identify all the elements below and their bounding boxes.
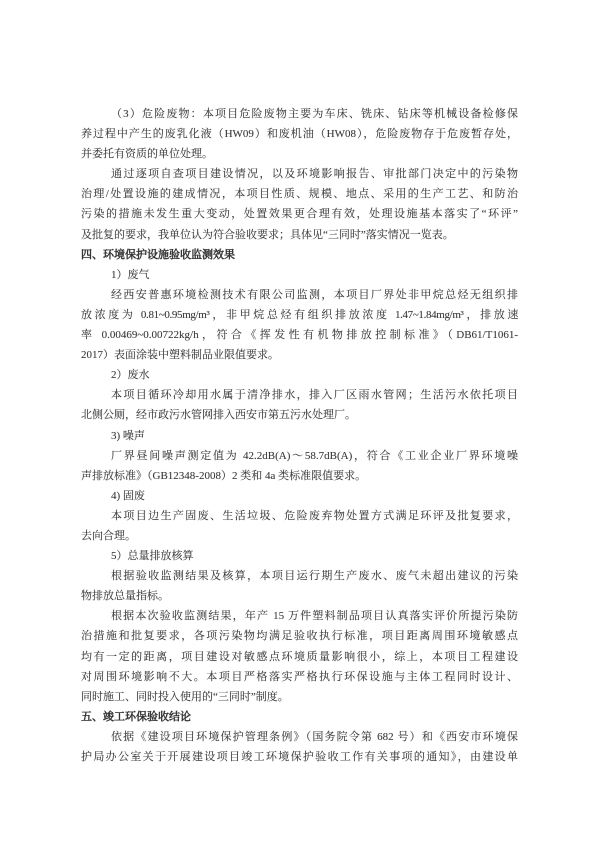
item-heading-text: 1）废气 (81, 265, 518, 285)
paragraph-hazardous-waste: （3）危险废物：本项目危险废物主要为车床、铣床、钻床等机械设备检修保 养过程中产… (81, 104, 518, 164)
section-heading-text: 四、环境保护设施验收监测效果 (81, 245, 518, 265)
paragraph-total-emission: 根据验收监测结果及核算，本项目运行期生产废水、废气未超出建议的污染 物排放总量指… (81, 566, 518, 606)
paragraph-waste-water: 本项目循环冷却用水属于清净排水，排入厂区雨水管网；生活污水依托项目 北侧公厕，经… (81, 385, 518, 425)
section-heading-acceptance-monitoring-results: 四、环境保护设施验收监测效果 (81, 245, 518, 265)
text-line: 依据《建设项目环境保护管理条例》（国务院令第 682 号）和《西安市环境保 (81, 727, 518, 747)
item-heading-solid-waste: 4) 固废 (81, 486, 518, 506)
paragraph-conclusion-basis: 依据《建设项目环境保护管理条例》（国务院令第 682 号）和《西安市环境保 护局… (81, 727, 518, 767)
paragraph-waste-gas: 经西安普惠环境检测技术有限公司监测，本项目厂界处非甲烷总烃无组织排 放浓度为 0… (81, 285, 518, 365)
item-heading-text: 4) 固废 (81, 486, 518, 506)
text-line: 本项目循环冷却用水属于清净排水，排入厂区雨水管网；生活污水依托项目 (81, 385, 518, 405)
item-heading-waste-water: 2）废水 (81, 365, 518, 385)
text-line: 同时施工、同时投入使用的“三同时”制度。 (81, 687, 518, 707)
text-line: 根据验收监测结果及核算，本项目运行期生产废水、废气未超出建议的污染 (81, 566, 518, 586)
text-line: 护局办公室关于开展建设项目竣工环境保护验收工作有关事项的通知》，由建设单 (81, 747, 518, 767)
text-line: 北侧公厕，经市政污水管网排入西安市第五污水处理厂。 (81, 405, 518, 425)
item-heading-total-emission: 5）总量排放核算 (81, 546, 518, 566)
text-line: 本项目边生产固废、生活垃圾、危险废弃物处置方式满足环评及批复要求， (81, 506, 518, 526)
text-line: 并委托有资质的单位处理。 (81, 144, 518, 164)
paragraph-self-check-summary: 通过逐项自查项目建设情况，以及环境影响报告、审批部门决定中的污染物 治理/处置设… (81, 164, 518, 244)
section-heading-text: 五、竣工环保验收结论 (81, 707, 518, 727)
text-line: 根据本次验收监测结果，年产 15 万件塑料制品项目认真落实评价所提污染防 (81, 606, 518, 626)
text-line: 治理/处置设施的建成情况，本项目性质、规模、地点、采用的生产工艺、和防治 (81, 184, 518, 204)
section-heading-acceptance-conclusion: 五、竣工环保验收结论 (81, 707, 518, 727)
item-heading-text: 2）废水 (81, 365, 518, 385)
text-line: 放浓度为 0.81~0.95mg/m³，非甲烷总烃有组织排放浓度 1.47~1.… (81, 305, 518, 325)
text-line: 经西安普惠环境检测技术有限公司监测，本项目厂界处非甲烷总烃无组织排 (81, 285, 518, 305)
paragraph-overall-conclusion: 根据本次验收监测结果，年产 15 万件塑料制品项目认真落实评价所提污染防 治措施… (81, 606, 518, 706)
text-line: 养过程中产生的废乳化液（HW09）和废机油（HW08），危险废物存于危废暂存处， (81, 124, 518, 144)
text-line: 2017）表面涂装中塑料制品业限值要求。 (81, 345, 518, 365)
paragraph-noise: 厂界昼间噪声测定值为 42.2dB(A)～58.7dB(A)，符合《工业企业厂界… (81, 446, 518, 486)
text-line: 厂界昼间噪声测定值为 42.2dB(A)～58.7dB(A)，符合《工业企业厂界… (81, 446, 518, 466)
item-heading-text: 5）总量排放核算 (81, 546, 518, 566)
text-line: 物排放总量指标。 (81, 586, 518, 606)
text-line: 对周围环境影响不大。本项目严格落实严格执行环保设施与主体工程同时设计、 (81, 667, 518, 687)
text-line: 治措施和批复要求，各项污染物均满足验收执行标准，项目距离周围环境敏感点 (81, 626, 518, 646)
text-line: 污染的措施未发生重大变动，处置效果更合理有效，处理设施基本落实了“环评” (81, 204, 518, 224)
document-page: （3）危险废物：本项目危险废物主要为车床、铣床、钻床等机械设备检修保 养过程中产… (0, 0, 600, 848)
text-line: （3）危险废物：本项目危险废物主要为车床、铣床、钻床等机械设备检修保 (81, 104, 518, 124)
item-heading-text: 3) 噪声 (81, 426, 518, 446)
item-heading-noise: 3) 噪声 (81, 426, 518, 446)
text-line: 声排放标准》（GB12348-2008）2 类和 4a 类标准限值要求。 (81, 466, 518, 486)
text-line: 去向合理。 (81, 526, 518, 546)
text-line: 均有一定的距离，项目建设对敏感点环境质量影响很小，综上，本项目工程建设 (81, 647, 518, 667)
text-line: 率 0.00469~0.00722kg/h，符合《挥发性有机物排放控制标准》（D… (81, 325, 518, 345)
paragraph-solid-waste: 本项目边生产固废、生活垃圾、危险废弃物处置方式满足环评及批复要求， 去向合理。 (81, 506, 518, 546)
text-line: 通过逐项自查项目建设情况，以及环境影响报告、审批部门决定中的污染物 (81, 164, 518, 184)
text-line: 及批复的要求，我单位认为符合验收要求；具体见“三同时”落实情况一览表。 (81, 225, 518, 245)
document-body: （3）危险废物：本项目危险废物主要为车床、铣床、钻床等机械设备检修保 养过程中产… (81, 104, 518, 767)
item-heading-waste-gas: 1）废气 (81, 265, 518, 285)
